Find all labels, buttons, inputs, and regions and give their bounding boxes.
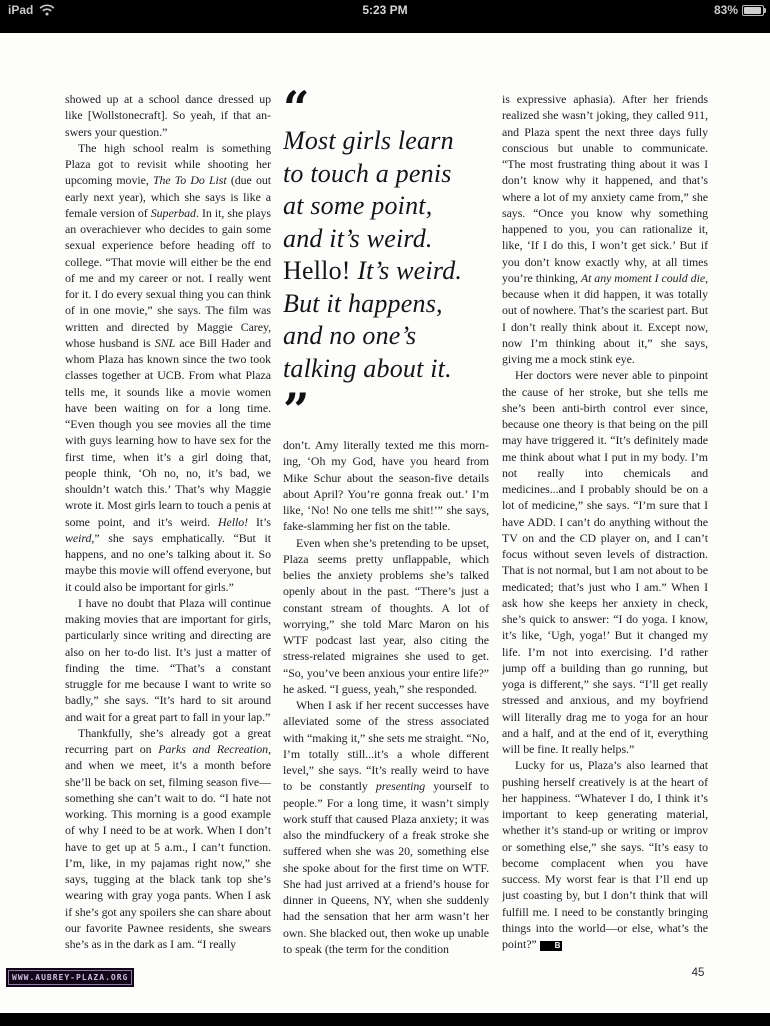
article-column-1: showed up at a school dance dressed up l…: [65, 91, 271, 975]
status-bar: iPad 5:23 PM 83%: [0, 0, 770, 20]
article-column-3: is expressive aphasia). After her friend…: [502, 91, 708, 975]
paragraph: When I ask if her recent successes have …: [283, 697, 489, 957]
battery-percent: 83%: [714, 3, 738, 17]
magazine-page[interactable]: showed up at a school dance dressed up l…: [0, 33, 770, 1013]
page-number: 45: [686, 967, 710, 979]
paragraph: I have no doubt that Plaza will con­tinu…: [65, 595, 271, 725]
paragraph: Thankfully, she’s already got a great re…: [65, 725, 271, 953]
pull-quote: Most girls learnto touch a penisat some …: [283, 125, 489, 385]
paragraph: Lucky for us, Plaza’s also learned that …: [502, 757, 708, 952]
paragraph: don’t. Amy literally texted me this morn…: [283, 437, 489, 535]
clock: 5:23 PM: [0, 3, 770, 17]
paragraph: is expressive aphasia). After her friend…: [502, 91, 708, 367]
close-quote-icon: ”: [283, 387, 489, 427]
open-quote-icon: “: [283, 85, 489, 125]
watermark: WWW.AUBREY-PLAZA.ORG: [8, 970, 132, 985]
bottom-bar: [0, 1013, 770, 1026]
paragraph: The high school realm is something Plaza…: [65, 140, 271, 595]
paragraph: showed up at a school dance dressed up l…: [65, 91, 271, 140]
battery-icon: [742, 5, 764, 16]
ipad-screen: iPad 5:23 PM 83% showed up at a school d…: [0, 0, 770, 1026]
paragraph: Even when she’s pretending to be upset, …: [283, 535, 489, 698]
status-bar-right: 83%: [714, 3, 764, 17]
paragraph: Her doctors were never able to pin­point…: [502, 367, 708, 757]
end-of-article-mark: B: [540, 941, 563, 951]
article-column-2: “ Most girls learnto touch a penisat som…: [283, 85, 489, 969]
